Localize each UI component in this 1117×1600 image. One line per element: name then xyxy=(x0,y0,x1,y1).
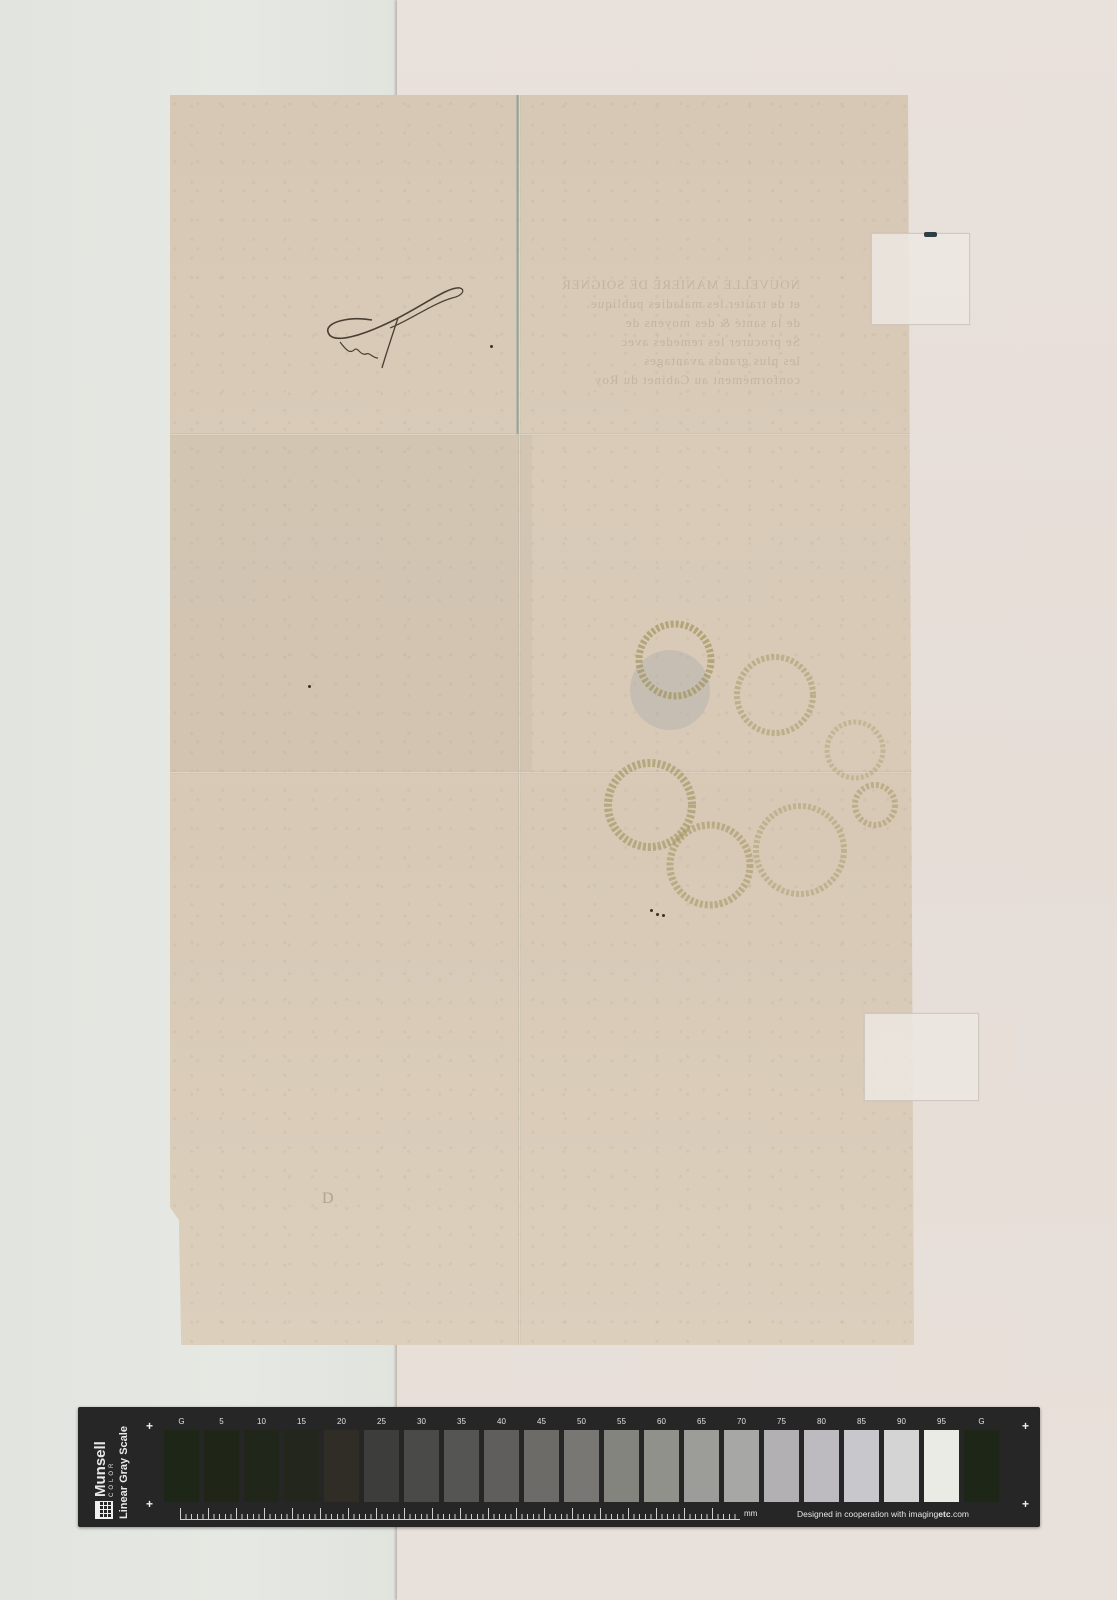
swatch: 75 xyxy=(764,1417,799,1502)
swatch: 55 xyxy=(604,1417,639,1502)
gray-swatch-row: G 5 10 15 20 25 30 35 40 45 50 55 60 65 … xyxy=(164,1417,999,1502)
swatch: 10 xyxy=(244,1417,279,1502)
munsell-gray-scale-card: Munsell COLOR Linear Gray Scale + + + + … xyxy=(78,1407,1040,1527)
swatch: 20 xyxy=(324,1417,359,1502)
registration-mark-icon: + xyxy=(146,1497,153,1511)
registration-mark-icon: + xyxy=(146,1419,153,1433)
credit-text: Designed in cooperation with imagingetc.… xyxy=(797,1509,969,1519)
hinge-tape-lower xyxy=(864,1013,979,1101)
swatch: 65 xyxy=(684,1417,719,1502)
swatch: 15 xyxy=(284,1417,319,1502)
scale-title: Linear Gray Scale xyxy=(118,1409,130,1519)
ink-mark xyxy=(924,232,937,237)
ruler-unit: mm xyxy=(744,1509,757,1518)
ring-stain-icon xyxy=(600,600,900,930)
handwritten-signature-icon xyxy=(320,280,480,380)
brand-subtitle: COLOR xyxy=(109,1441,115,1497)
folded-panel-shade xyxy=(170,435,532,771)
swatch: 30 xyxy=(404,1417,439,1502)
hinge-tape-upper xyxy=(871,233,970,325)
horizontal-fold-upper xyxy=(170,433,914,436)
swatch: 85 xyxy=(844,1417,879,1502)
swatch: 90 xyxy=(884,1417,919,1502)
swatch: 70 xyxy=(724,1417,759,1502)
swatch: 80 xyxy=(804,1417,839,1502)
munsell-logo-icon xyxy=(95,1501,113,1519)
swatch: G xyxy=(964,1417,999,1502)
mm-ruler xyxy=(180,1507,740,1520)
swatch: 25 xyxy=(364,1417,399,1502)
pencil-mark: D xyxy=(322,1190,334,1208)
swatch: 40 xyxy=(484,1417,519,1502)
swatch: 45 xyxy=(524,1417,559,1502)
registration-mark-icon: + xyxy=(1022,1419,1029,1433)
registration-mark-icon: + xyxy=(1022,1497,1029,1511)
swatch: G xyxy=(164,1417,199,1502)
swatch: 60 xyxy=(644,1417,679,1502)
swatch: 50 xyxy=(564,1417,599,1502)
swatch: 95 xyxy=(924,1417,959,1502)
brand-name: Munsell xyxy=(93,1441,108,1497)
swatch: 35 xyxy=(444,1417,479,1502)
swatch: 5 xyxy=(204,1417,239,1502)
letter-sheet: NOUVELLE MANIERE DE SOIGNER et de traite… xyxy=(170,95,914,1345)
